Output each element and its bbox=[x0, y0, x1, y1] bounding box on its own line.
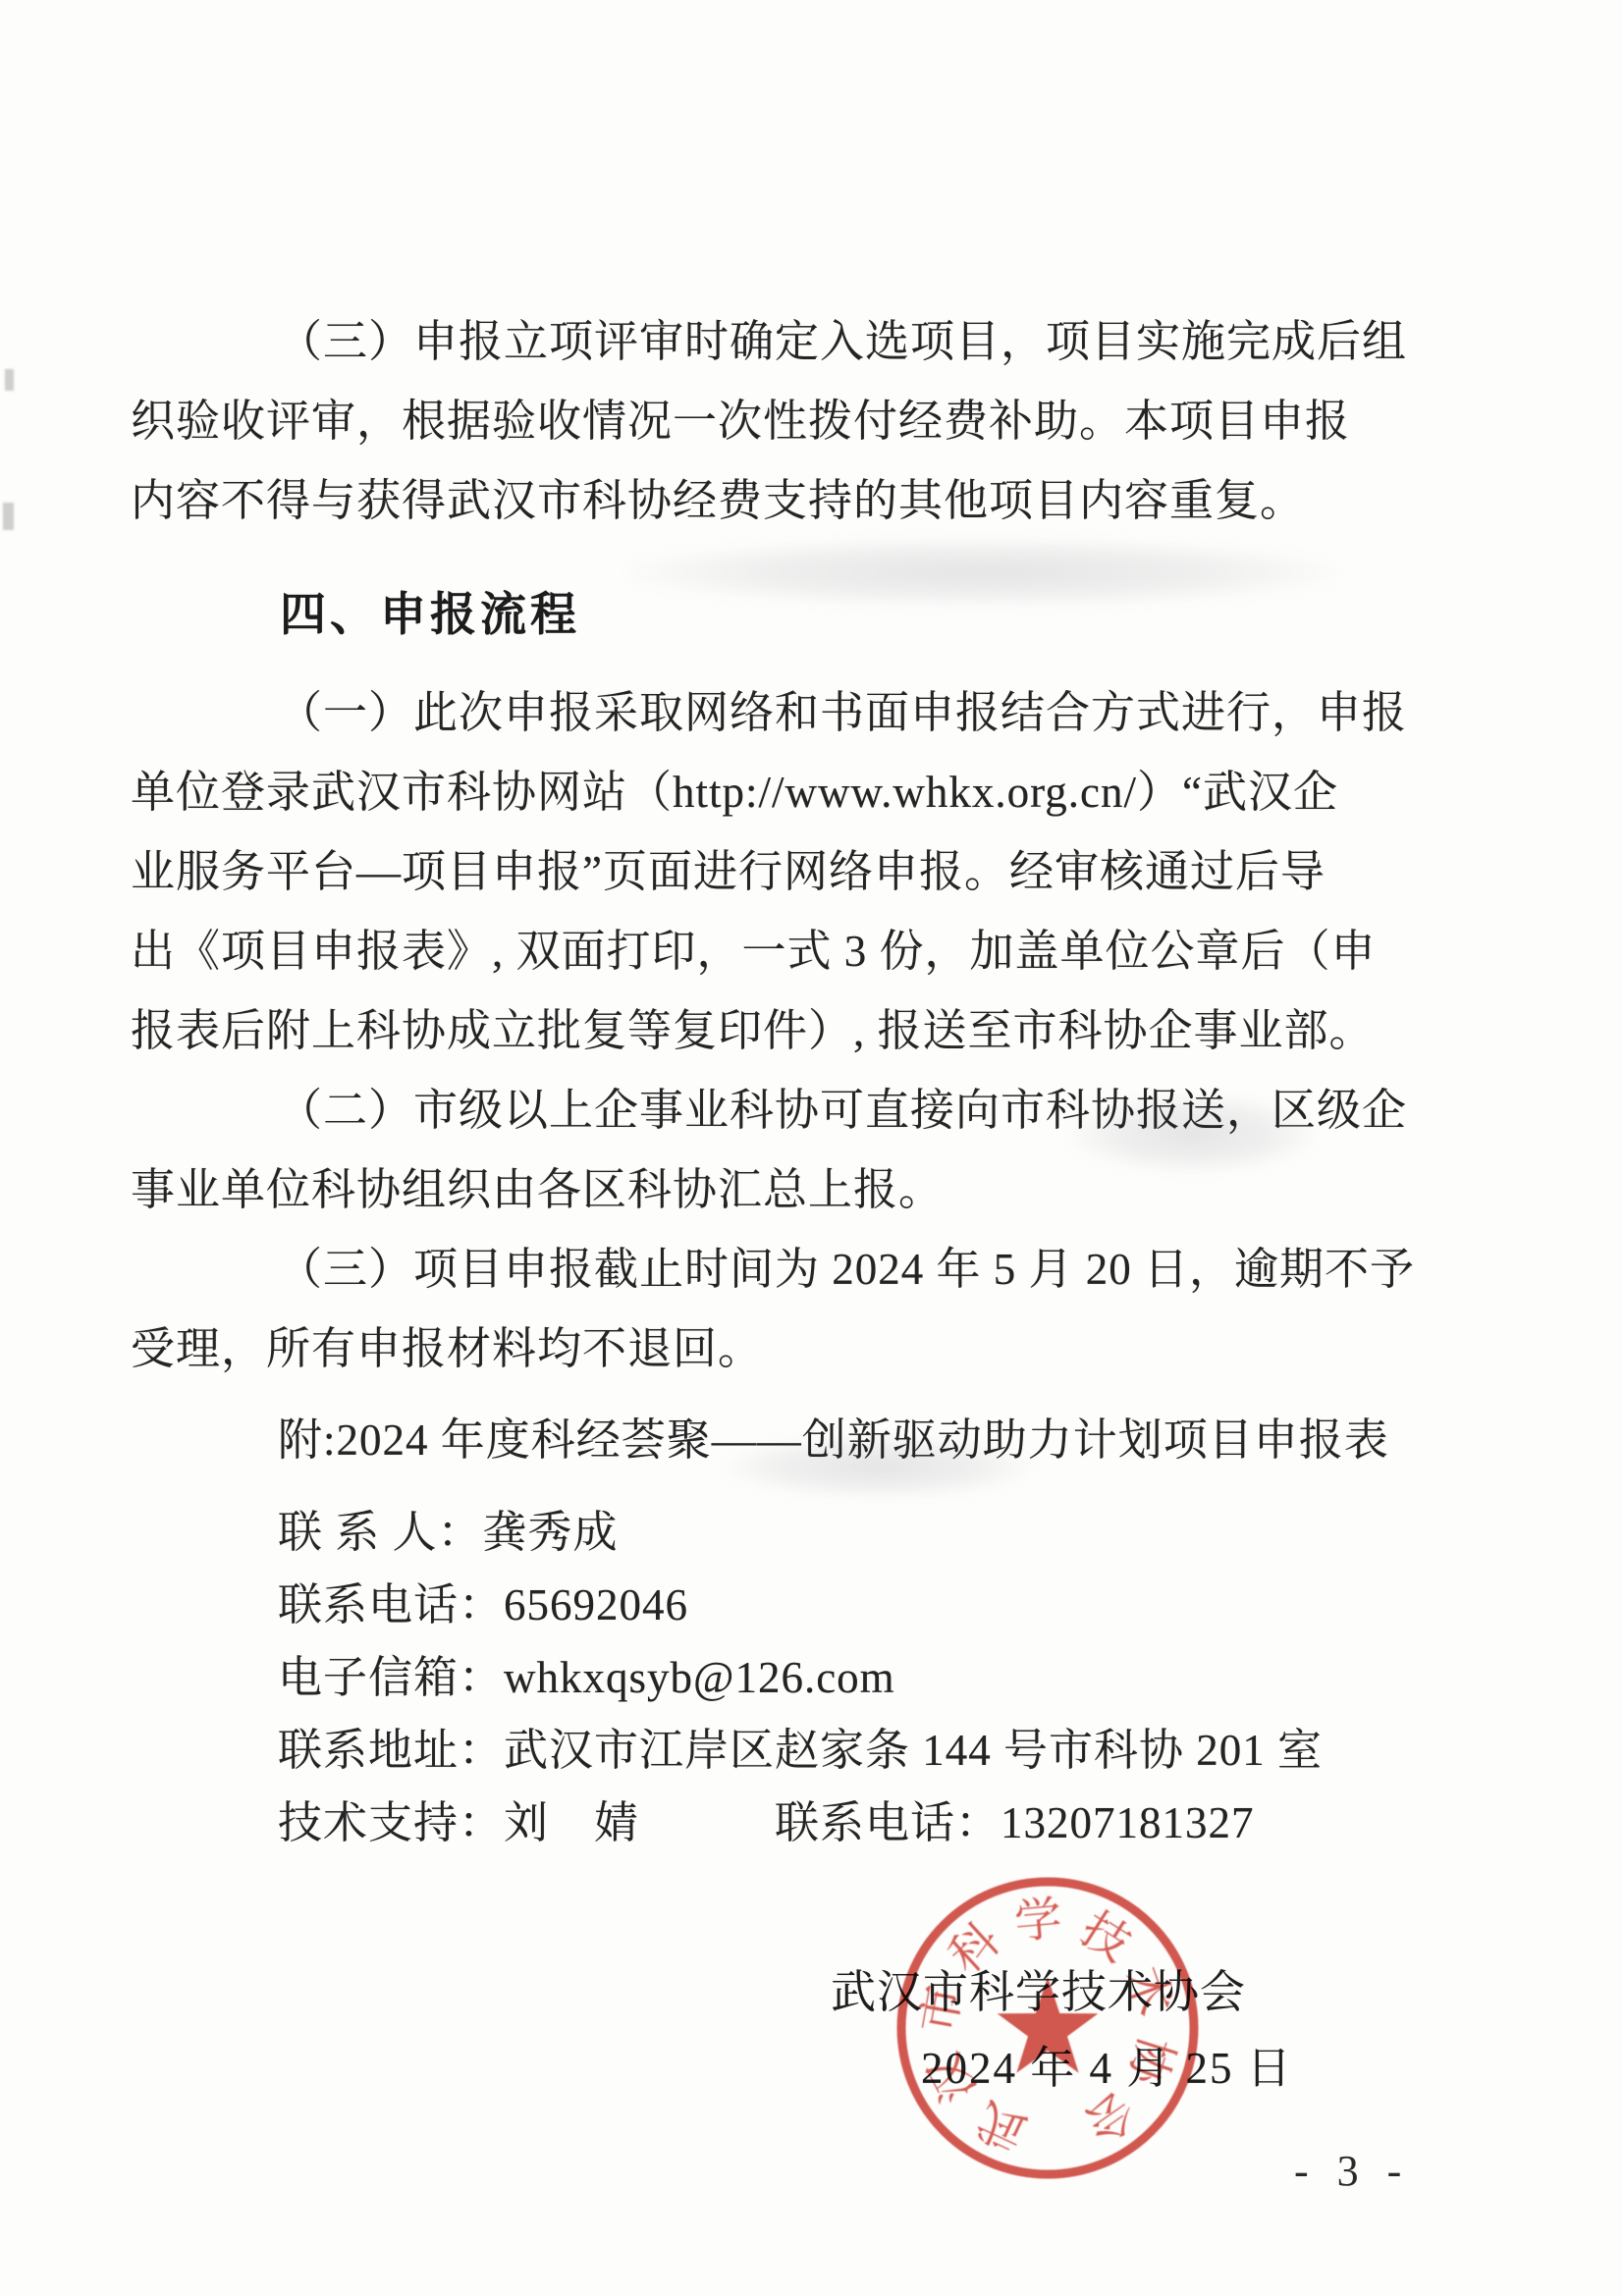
section-heading: 四、申报流程 bbox=[131, 574, 1370, 654]
svg-text:协: 协 bbox=[1117, 2030, 1182, 2093]
body-line: 织验收评审，根据验收情况一次性拨付经费补助。本项目申报 bbox=[131, 382, 1370, 461]
scan-speck bbox=[3, 503, 14, 530]
body-line: 单位登录武汉市科协网站（http://www.whkx.org.cn/）“武汉企 bbox=[131, 753, 1370, 832]
official-seal-stamp: 武汉市科学技术协会 bbox=[879, 1859, 1217, 2197]
svg-text:武: 武 bbox=[970, 2092, 1035, 2159]
contact-phone-line: 联系电话：65692046 bbox=[278, 1569, 1370, 1641]
svg-text:会: 会 bbox=[1075, 2081, 1144, 2151]
body-line: （三）项目申报截止时间为 2024 年 5 月 20 日，逾期不予 bbox=[131, 1230, 1370, 1309]
body-line: 事业单位科协组织由各区科协汇总上报。 bbox=[131, 1150, 1370, 1230]
body-line: 出《项目申报表》, 双面打印，一式 3 份，加盖单位公章后（申 bbox=[131, 912, 1370, 991]
svg-text:学: 学 bbox=[1012, 1893, 1063, 1949]
attachment-line: 附:2024 年度科经荟聚——创新驱动助力计划项目申报表 bbox=[131, 1401, 1370, 1480]
body-line: （一）此次申报采取网络和书面申报结合方式进行，申报 bbox=[131, 673, 1370, 753]
scan-speck bbox=[5, 369, 14, 391]
contact-person-line: 联 系 人：龚秀成 bbox=[278, 1496, 1370, 1569]
svg-text:市: 市 bbox=[912, 1982, 972, 2037]
tech-support-line: 技术支持：刘 婧 联系电话：13207181327 bbox=[278, 1787, 1370, 1859]
body-line: 受理，所有申报材料均不退回。 bbox=[131, 1309, 1370, 1389]
seal-star-icon bbox=[998, 1977, 1099, 2073]
svg-text:技: 技 bbox=[1071, 1902, 1139, 1971]
body-line: 报表后附上科协成立批复等复印件）, 报送至市科协企事业部。 bbox=[131, 991, 1370, 1071]
body-line: （三）申报立项评审时确定入选项目，项目实施完成后组 bbox=[131, 302, 1370, 382]
document-body: （三）申报立项评审时确定入选项目，项目实施完成后组织验收评审，根据验收情况一次性… bbox=[131, 302, 1370, 1859]
svg-text:汉: 汉 bbox=[918, 2045, 986, 2110]
contact-address-line: 联系地址：武汉市江岸区赵家条 144 号市科协 201 室 bbox=[278, 1714, 1370, 1787]
contact-email-line: 电子信箱：whkxqsyb@126.com bbox=[278, 1641, 1370, 1714]
document-page: （三）申报立项评审时确定入选项目，项目实施完成后组织验收评审，根据验收情况一次性… bbox=[0, 0, 1623, 2296]
page-number: - 3 - bbox=[1294, 2146, 1410, 2196]
body-line: 业服务平台—项目申报”页面进行网络申报。经审核通过后导 bbox=[131, 832, 1370, 912]
body-line: 内容不得与获得武汉市科协经费支持的其他项目内容重复。 bbox=[131, 461, 1370, 541]
body-line: （二）市级以上企事业科协可直接向市科协报送，区级企 bbox=[131, 1071, 1370, 1150]
svg-text:术: 术 bbox=[1116, 1960, 1181, 2022]
